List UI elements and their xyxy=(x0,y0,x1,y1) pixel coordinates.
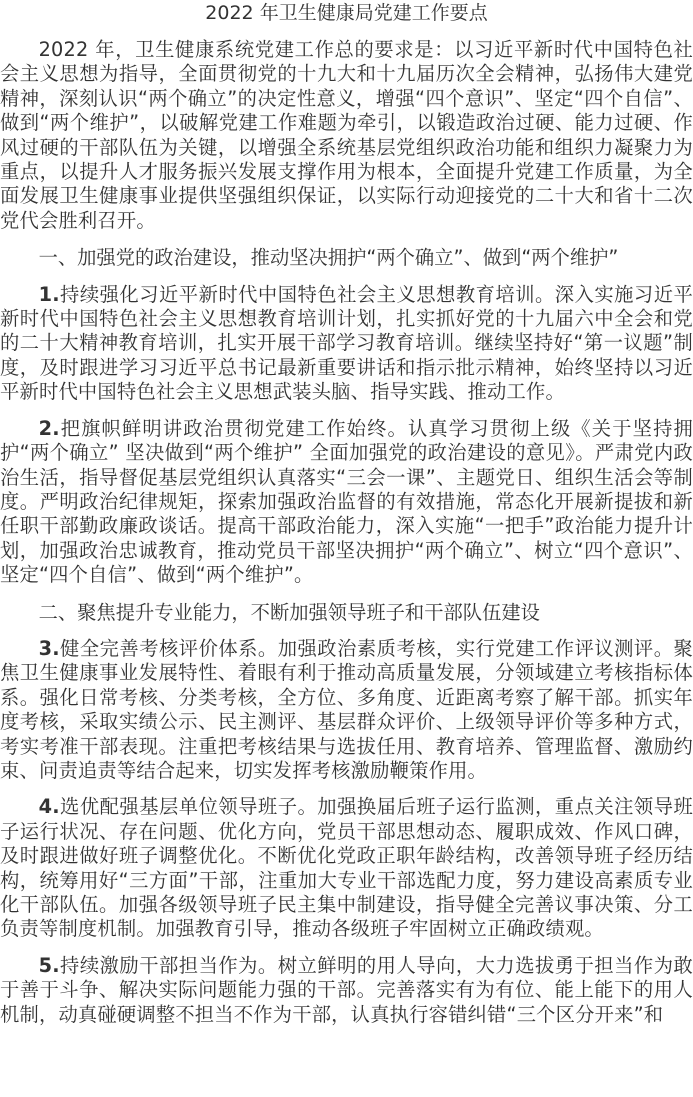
item-number: 2. xyxy=(39,417,60,440)
item-text: 持续激励干部担当作为。树立鲜明的用人导向，大力选拔勇于担当作为敢于善于斗争、解决… xyxy=(0,954,693,1026)
section-heading-1: 一、加强党的政治建设，推动坚决拥护“两个确立”、做到“两个维护” xyxy=(0,246,693,270)
item-paragraph-2: 2.把旗帜鲜明讲政治贯彻党建工作始终。认真学习贯彻上级《关于坚持拥护“两个确立”… xyxy=(0,417,693,588)
item-number: 3. xyxy=(39,637,60,660)
item-paragraph-1: 1.持续强化习近平新时代中国特色社会主义思想教育培训。深入实施习近平新时代中国特… xyxy=(0,283,693,405)
item-text: 健全完善考核评价体系。加强政治素质考核，实行党建工作评议测评。聚焦卫生健康事业发… xyxy=(0,637,693,782)
item-text: 把旗帜鲜明讲政治贯彻党建工作始终。认真学习贯彻上级《关于坚持拥护“两个确立” 坚… xyxy=(0,417,693,586)
item-paragraph-3: 3.健全完善考核评价体系。加强政治素质考核，实行党建工作评议测评。聚焦卫生健康事… xyxy=(0,637,693,783)
item-number: 5. xyxy=(39,954,60,977)
document-title: 2022 年卫生健康局党建工作要点 xyxy=(0,0,693,26)
item-number: 1. xyxy=(39,283,60,306)
item-text: 持续强化习近平新时代中国特色社会主义思想教育培训。深入实施习近平新时代中国特色社… xyxy=(0,283,693,404)
item-number: 4. xyxy=(39,795,60,818)
document: 2022 年卫生健康局党建工作要点 2022 年，卫生健康系统党建工作总的要求是… xyxy=(0,0,693,1027)
intro-paragraph: 2022 年，卫生健康系统党建工作总的要求是：以习近平新时代中国特色社会主义思想… xyxy=(0,38,693,233)
item-text: 选优配强基层单位领导班子。加强换届后班子运行监测，重点关注领导班子运行状况、存在… xyxy=(0,795,693,940)
item-paragraph-4: 4.选优配强基层单位领导班子。加强换届后班子运行监测，重点关注领导班子运行状况、… xyxy=(0,795,693,941)
section-heading-2: 二、聚焦提升专业能力，不断加强领导班子和干部队伍建设 xyxy=(0,601,693,625)
item-paragraph-5: 5.持续激励干部担当作为。树立鲜明的用人导向，大力选拔勇于担当作为敢于善于斗争、… xyxy=(0,954,693,1027)
